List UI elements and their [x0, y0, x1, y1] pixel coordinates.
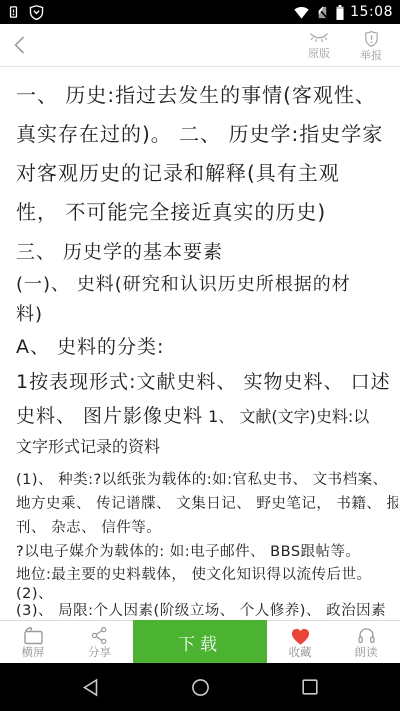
read-aloud-label: 朗读 — [355, 646, 378, 659]
document-line: 性， 不可能完全接近真实的历史) — [16, 198, 398, 226]
original-version-label: 原版 — [308, 48, 330, 60]
document-line: 1按表现形式:文献史料、 实物史料、 口述 — [16, 369, 398, 396]
share-button[interactable]: 分享 — [66, 621, 133, 663]
document-line-segment: 1、 文献(文字)史料:以 — [203, 407, 369, 426]
landscape-button[interactable]: 横屏 — [0, 621, 66, 663]
download-button[interactable]: 下载 — [133, 620, 267, 664]
nav-back-button[interactable] — [78, 675, 102, 699]
security-shield-icon — [28, 4, 45, 21]
wifi-icon — [293, 5, 310, 20]
no-sim-icon — [315, 5, 330, 20]
device-alert-icon — [7, 3, 20, 21]
original-version-button[interactable]: 原版 — [296, 24, 342, 67]
back-button[interactable] — [0, 24, 40, 67]
landscape-label: 横屏 — [22, 646, 45, 659]
document-line: 对客观历史的记录和解释(具有主观 — [16, 159, 398, 187]
document-line: (一)、 史料(研究和认识历史所根据的材 — [16, 272, 398, 298]
status-bar-system-icons: 15:08 — [293, 0, 393, 24]
document-line: 三、 历史学的基本要素 — [16, 239, 398, 266]
document-line: ?以电子媒介为载体的: 如:电子邮件、 BBS跟帖等。 — [16, 542, 398, 563]
report-label: 举报 — [360, 50, 382, 62]
document-line: 文字形式记录的资料 — [16, 436, 398, 458]
document-line: A、 史料的分类: — [16, 334, 398, 361]
favorite-button[interactable]: 收藏 — [267, 621, 333, 663]
share-label: 分享 — [88, 646, 111, 659]
document-line: (1)、 种类:?以纸张为载体的:如:官私史书、 文书档案、 — [16, 470, 398, 491]
heart-icon — [289, 626, 312, 646]
document-line: (3)、 局限:个人因素(阶级立场、 个人修养)、 政治因素 — [16, 601, 398, 622]
home-circle-icon — [191, 678, 210, 697]
back-chevron-icon — [9, 32, 31, 58]
headphones-icon — [356, 625, 377, 646]
status-bar: 15:08 — [0, 0, 400, 24]
android-nav-bar — [0, 663, 400, 711]
top-toolbar: 原版 举报 — [0, 24, 400, 67]
eye-off-icon — [308, 30, 330, 47]
status-bar-notifications — [7, 3, 45, 21]
app-screen: 15:08 原版 — [0, 0, 400, 711]
document-view[interactable]: 一、 历史:指过去发生的事情(客观性、 真实存在过的)。 二、 历史学:指史学家… — [0, 67, 400, 620]
recents-square-icon — [302, 679, 318, 695]
document-line: 料) — [16, 302, 398, 328]
document-line: 一、 历史:指过去发生的事情(客观性、 — [16, 81, 398, 109]
document-line: 地位:最主要的史料载体， 使文化知识得以流传后世。 — [16, 565, 398, 586]
nav-recents-button[interactable] — [298, 675, 322, 699]
bottom-toolbar: 横屏 分享 下载 收藏 — [0, 620, 400, 663]
read-aloud-button[interactable]: 朗读 — [333, 621, 399, 663]
nav-home-button[interactable] — [188, 675, 212, 699]
favorite-label: 收藏 — [289, 646, 312, 659]
document-line: 刊、 杂志、 信件等。 — [16, 518, 398, 539]
rotate-screen-icon — [21, 625, 45, 646]
share-icon — [89, 625, 110, 646]
document-line: 真实存在过的)。 二、 历史学:指史学家 — [16, 120, 398, 148]
document-line: 史料、 图片影像史料 1、 文献(文字)史料:以 — [16, 403, 398, 430]
document-line-segment: 史料、 图片影像史料 — [16, 405, 203, 427]
document-line: 地方史乘、 传记谱牒、 文集日记、 野史笔记， 书籍、 报 — [16, 494, 398, 515]
clock-text: 15:08 — [350, 0, 393, 24]
report-shield-icon — [362, 29, 381, 49]
back-triangle-icon — [82, 678, 99, 697]
report-button[interactable]: 举报 — [348, 24, 394, 67]
battery-icon — [335, 4, 345, 21]
